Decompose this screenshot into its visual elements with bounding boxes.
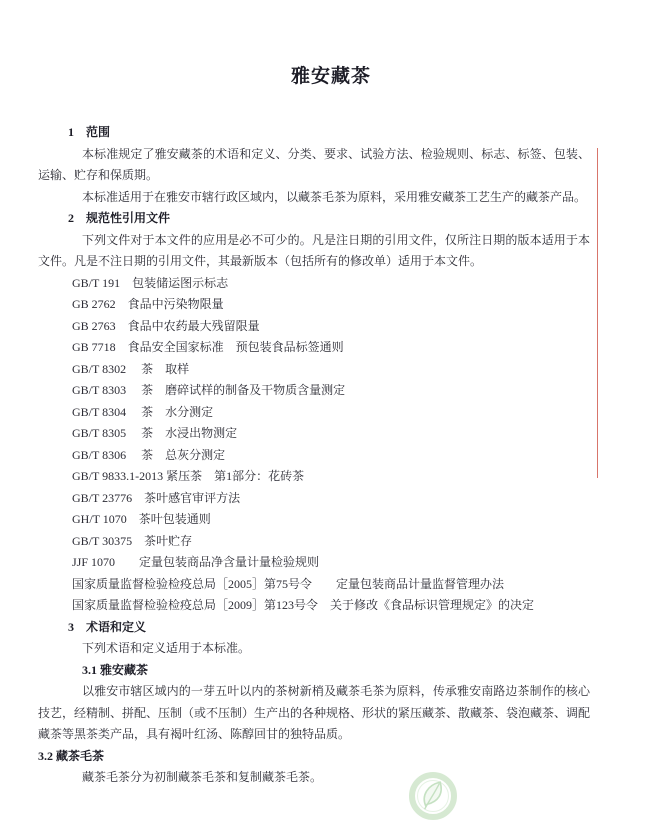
reference-item: GB 2763 食品中农药最大残留限量 bbox=[72, 316, 590, 338]
paragraph-scope-2: 本标准适用于在雅安市辖行政区域内，以藏茶毛茶为原料，采用雅安藏茶工艺生产的藏茶产… bbox=[38, 187, 590, 209]
document-title: 雅安藏茶 bbox=[0, 0, 662, 90]
revision-marker-line bbox=[597, 148, 598, 478]
reference-item: 国家质量监督检验检疫总局［2009］第123号令 关于修改《食品标识管理规定》的… bbox=[72, 595, 590, 617]
reference-item: GB/T 8305 茶 水浸出物测定 bbox=[72, 423, 590, 445]
reference-item: GB/T 8302 茶 取样 bbox=[72, 359, 590, 381]
document-body: 1 范围 本标准规定了雅安藏茶的术语和定义、分类、要求、试验方法、检验规则、标志… bbox=[38, 122, 590, 789]
paragraph-scope-1: 本标准规定了雅安藏茶的术语和定义、分类、要求、试验方法、检验规则、标志、标签、包… bbox=[38, 144, 590, 187]
reference-item: GB/T 30375 茶叶贮存 bbox=[72, 531, 590, 553]
reference-item: GB/T 191 包装储运图示标志 bbox=[72, 273, 590, 295]
reference-item: JJF 1070 定量包装商品净含量计量检验规则 bbox=[72, 552, 590, 574]
reference-item: GB/T 9833.1-2013 紧压茶 第1部分：花砖茶 bbox=[72, 466, 590, 488]
reference-item: GB/T 23776 茶叶感官审评方法 bbox=[72, 488, 590, 510]
reference-item: GB 2762 食品中污染物限量 bbox=[72, 294, 590, 316]
subsection-heading-tibetan-tea-maocha: 3.2 藏茶毛茶 bbox=[38, 746, 590, 768]
reference-item: GB 7718 食品安全国家标准 预包装食品标签通则 bbox=[72, 337, 590, 359]
paragraph-terms-intro: 下列术语和定义适用于本标准。 bbox=[38, 638, 590, 660]
reference-item: GB/T 8304 茶 水分测定 bbox=[72, 402, 590, 424]
reference-item: GB/T 8306 茶 总灰分测定 bbox=[72, 445, 590, 467]
paragraph-yaan-tibetan-tea-definition: 以雅安市辖区域内的一芽五叶以内的茶树新梢及藏茶毛茶为原料，传承雅安南路边茶制作的… bbox=[38, 681, 590, 746]
subsection-heading-yaan-tibetan-tea: 3.1 雅安藏茶 bbox=[82, 660, 590, 682]
leaf-seal-icon bbox=[407, 770, 459, 822]
reference-item: 国家质量监督检验检疫总局［2005］第75号令 定量包装商品计量监督管理办法 bbox=[72, 574, 590, 596]
section-heading-terms: 3 术语和定义 bbox=[68, 617, 590, 639]
paragraph-tibetan-tea-maocha-definition: 藏茶毛茶分为初制藏茶毛茶和复制藏茶毛茶。 bbox=[38, 767, 590, 789]
section-heading-normative-references: 2 规范性引用文件 bbox=[68, 208, 590, 230]
paragraph-references-intro: 下列文件对于本文件的应用是必不可少的。凡是注日期的引用文件，仅所注日期的版本适用… bbox=[38, 230, 590, 273]
reference-item: GH/T 1070 茶叶包装通则 bbox=[72, 509, 590, 531]
section-heading-scope: 1 范围 bbox=[68, 122, 590, 144]
document-page: 雅安藏茶 1 范围 本标准规定了雅安藏茶的术语和定义、分类、要求、试验方法、检验… bbox=[0, 0, 662, 839]
reference-item: GB/T 8303 茶 磨碎试样的制备及干物质含量测定 bbox=[72, 380, 590, 402]
